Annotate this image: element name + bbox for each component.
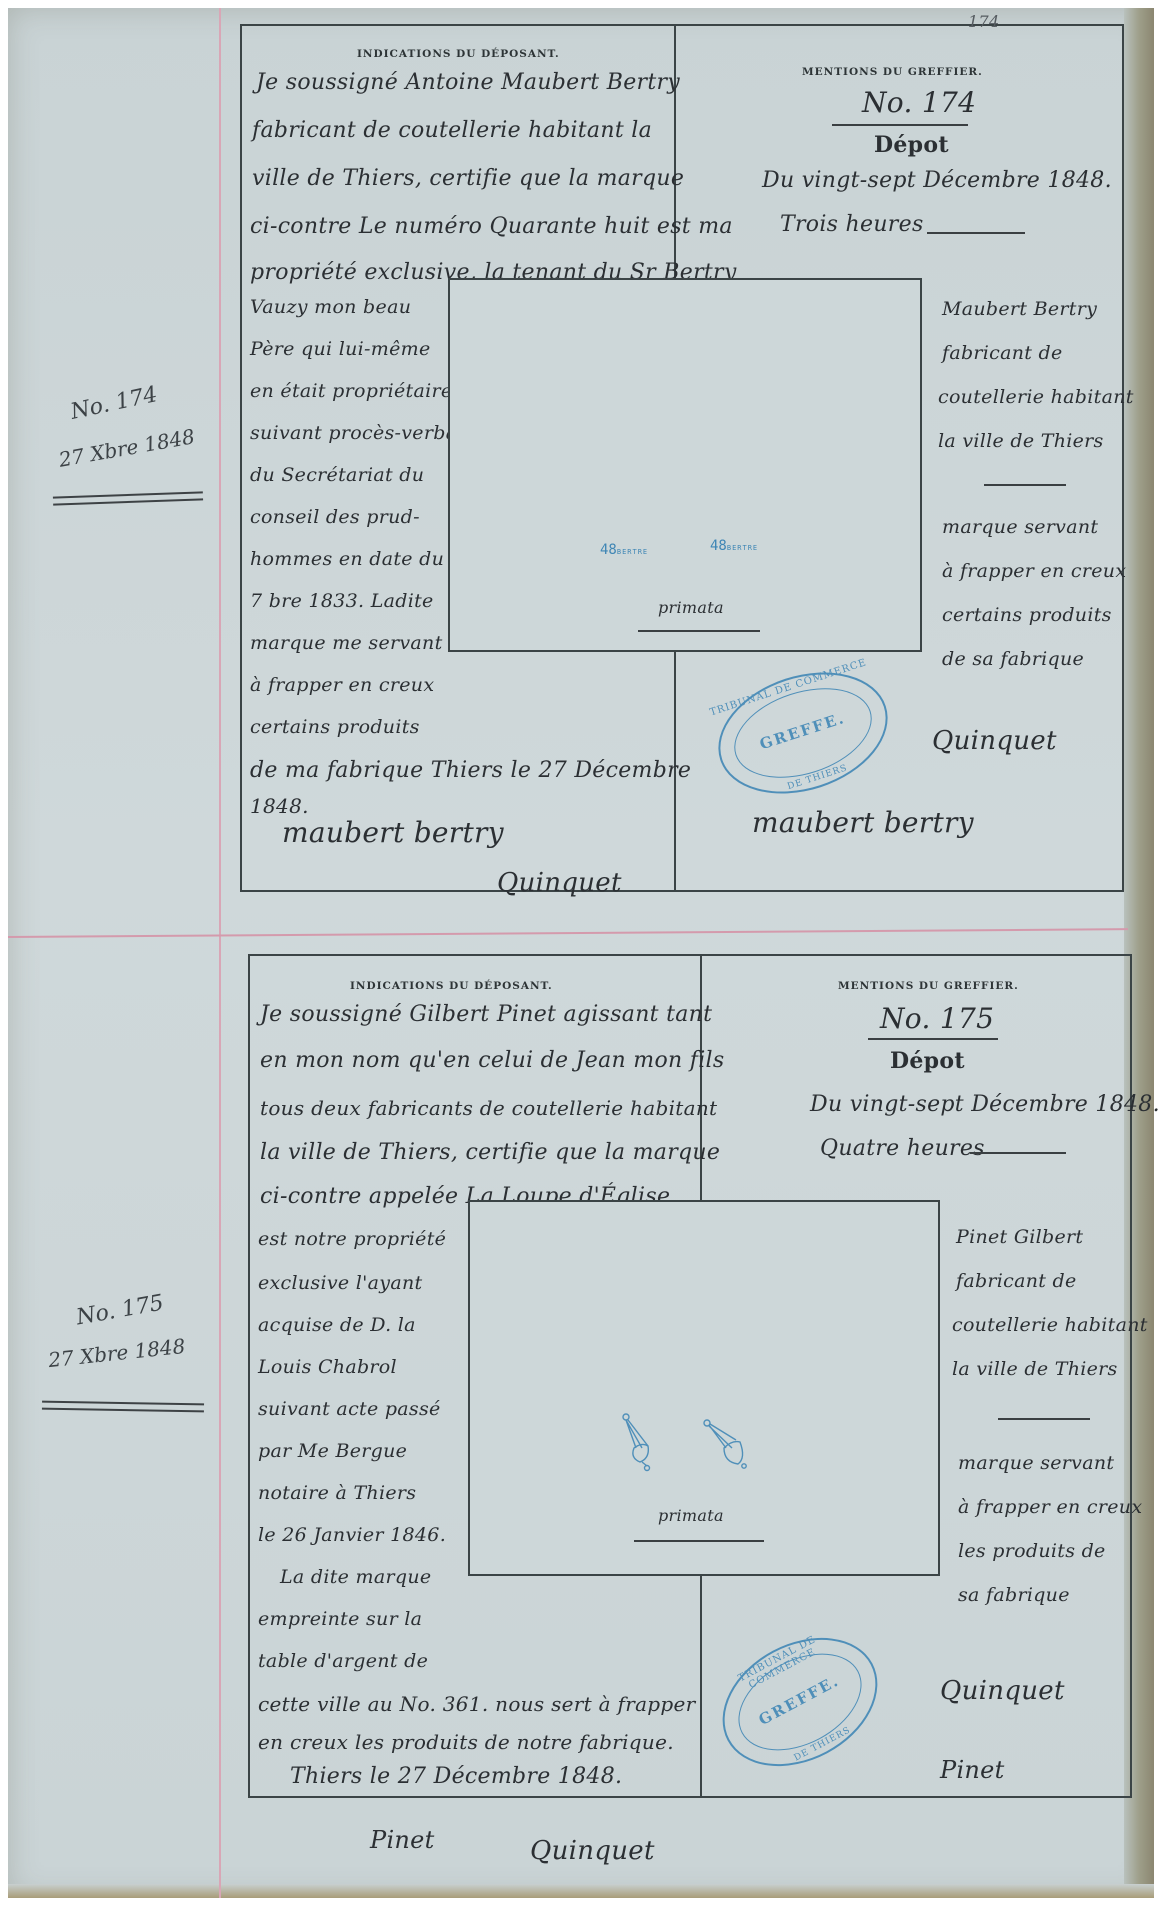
text-line: suivant acte passé (258, 1398, 441, 1420)
greffe-stamp: TRIBUNAL DE COMMERCE GREFFE. DE THIERS (700, 1612, 899, 1791)
caption-underline (634, 1540, 764, 1542)
text-line: par Me Bergue (258, 1440, 407, 1462)
text-line: coutellerie habitant (952, 1314, 1148, 1336)
text-line: conseil des prud- (250, 506, 420, 528)
greffier-header: MENTIONS DU GREFFIER. (802, 66, 983, 78)
greffier-time: Trois heures (780, 212, 924, 237)
greffier-clerk-signature: Quinquet (940, 1676, 1065, 1706)
text-line: marque servant (942, 516, 1098, 538)
text-line: fabricant de (956, 1270, 1077, 1292)
text-line: tous deux fabricants de coutellerie habi… (260, 1096, 717, 1120)
depositant-signature: Pinet (370, 1826, 435, 1854)
text-line: hommes en date du (250, 548, 444, 570)
number-underline (868, 1038, 998, 1040)
text-line: fabricant de (942, 342, 1063, 364)
mark-impression-box: primata (468, 1200, 940, 1576)
text-line: suivant procès-verbal (250, 422, 464, 444)
greffier-clerk-signature: Quinquet (932, 726, 1057, 756)
register-page: No. 174 27 Xbre 1848 INDICATIONS DU DÉPO… (8, 8, 1154, 1898)
section-rule (984, 484, 1066, 486)
text-line: fabricant de coutellerie habitant la (252, 118, 652, 143)
greffier-number: No. 175 (880, 1002, 994, 1035)
text-line: de ma fabrique Thiers le 27 Décembre (250, 758, 691, 783)
greffier-depositant-signature: maubert bertry (752, 806, 974, 839)
margin-rule-vertical (219, 8, 221, 1898)
entry-1-sheet: INDICATIONS DU DÉPOSANT. Je soussigné An… (240, 24, 1124, 892)
greffe-stamp: TRIBUNAL DE COMMERCE GREFFE. DE THIERS (703, 652, 904, 814)
text-line: en mon nom qu'en celui de Jean mon fils (260, 1048, 724, 1073)
greffier-title: Dépot (874, 132, 949, 158)
double-underline (53, 491, 203, 505)
text-line: 1848. (250, 794, 309, 818)
greffier-title: Dépot (890, 1048, 965, 1074)
lamp-pendant-icon (620, 1412, 660, 1474)
text-line: le 26 Janvier 1846. (258, 1524, 446, 1546)
text-line: à frapper en creux (958, 1496, 1142, 1518)
text-line: la ville de Thiers (938, 430, 1104, 452)
greffier-number: No. 174 (862, 86, 976, 119)
text-line: marque servant (958, 1452, 1114, 1474)
time-rule (970, 1152, 1066, 1154)
text-line: la ville de Thiers (952, 1358, 1118, 1380)
brand-number: 48 (710, 538, 727, 554)
text-line: La dite marque (280, 1566, 431, 1588)
depositant-header: INDICATIONS DU DÉPOSANT. (350, 980, 553, 992)
clerk-signature: Quinquet (497, 868, 622, 898)
text-line: ci-contre Le numéro Quarante huit est ma (250, 214, 733, 239)
brand-mark: 48BERTRE (600, 542, 648, 558)
text-line: la ville de Thiers, certifie que la marq… (260, 1140, 720, 1165)
text-line: Je soussigné Gilbert Pinet agissant tant (260, 1002, 712, 1027)
text-line: sa fabrique (958, 1584, 1070, 1606)
greffier-depositant-signature: Pinet (940, 1756, 1005, 1784)
text-line: certains produits (942, 604, 1112, 626)
text-line: en était propriétaire (250, 380, 452, 402)
text-line: table d'argent de (258, 1650, 428, 1672)
text-line: acquise de D. la (258, 1314, 416, 1336)
page-bottom-edge (8, 1884, 1154, 1898)
text-line: marque me servant (250, 632, 443, 654)
number-underline (832, 124, 968, 126)
text-line: empreinte sur la (258, 1608, 422, 1630)
text-line: en creux les produits de notre fabrique. (258, 1730, 674, 1754)
text-line: exclusive l'ayant (258, 1272, 422, 1294)
text-line: Vauzy mon beau (250, 296, 411, 318)
text-line: Pinet Gilbert (956, 1226, 1083, 1248)
text-line: à frapper en creux (250, 674, 434, 696)
text-line: coutellerie habitant (938, 386, 1134, 408)
margin-ref-date: 27 Xbre 1848 (57, 424, 197, 472)
text-line: ville de Thiers, certifie que la marque (252, 166, 684, 191)
brand-mark: 48BERTRE (710, 538, 758, 554)
double-underline (42, 1401, 204, 1413)
margin-rule-horizontal (8, 928, 1128, 938)
margin-ref-number: No. 174 (68, 382, 159, 425)
clerk-signature: Quinquet (530, 1836, 655, 1866)
entry-2-sheet: INDICATIONS DU DÉPOSANT. Je soussigné Gi… (248, 954, 1132, 1798)
brand-number: 48 (600, 542, 617, 558)
brand-label: BERTRE (617, 548, 648, 556)
text-line: à frapper en creux (942, 560, 1126, 582)
text-line: Je soussigné Antoine Maubert Bertry (256, 70, 680, 95)
time-rule (927, 232, 1025, 234)
text-line: certains produits (250, 716, 420, 738)
section-rule (998, 1418, 1090, 1420)
page-number: 174 (968, 12, 999, 31)
text-line: du Secrétariat du (250, 464, 424, 486)
greffier-time: Quatre heures (820, 1136, 985, 1161)
text-line: les produits de (958, 1540, 1106, 1562)
lamp-pendant-icon (702, 1418, 750, 1474)
text-line: Maubert Bertry (942, 298, 1097, 320)
text-line: cette ville au No. 361. nous sert à frap… (258, 1692, 696, 1716)
text-line: notaire à Thiers (258, 1482, 416, 1504)
text-line: 7 bre 1833. Ladite (250, 590, 434, 612)
mark-impression-box: 48BERTRE 48BERTRE primata (448, 278, 922, 652)
text-line: Louis Chabrol (258, 1356, 397, 1378)
text-line: de sa fabrique (942, 648, 1084, 670)
greffier-date: Du vingt-sept Décembre 1848. (762, 168, 1112, 193)
depositant-signature: maubert bertry (282, 816, 504, 849)
margin-ref-date: 27 Xbre 1848 (47, 1334, 186, 1372)
mark-caption: primata (658, 1506, 724, 1525)
depositant-header: INDICATIONS DU DÉPOSANT. (357, 48, 560, 60)
greffier-header: MENTIONS DU GREFFIER. (838, 980, 1019, 992)
mark-caption: primata (658, 598, 724, 617)
brand-label: BERTRE (727, 544, 758, 552)
greffier-date: Du vingt-sept Décembre 1848. (810, 1092, 1160, 1117)
text-line: Thiers le 27 Décembre 1848. (290, 1764, 622, 1789)
caption-underline (638, 630, 760, 632)
margin-ref-number: No. 175 (74, 1291, 165, 1331)
text-line: est notre propriété (258, 1228, 446, 1250)
text-line: Père qui lui-même (250, 338, 431, 360)
